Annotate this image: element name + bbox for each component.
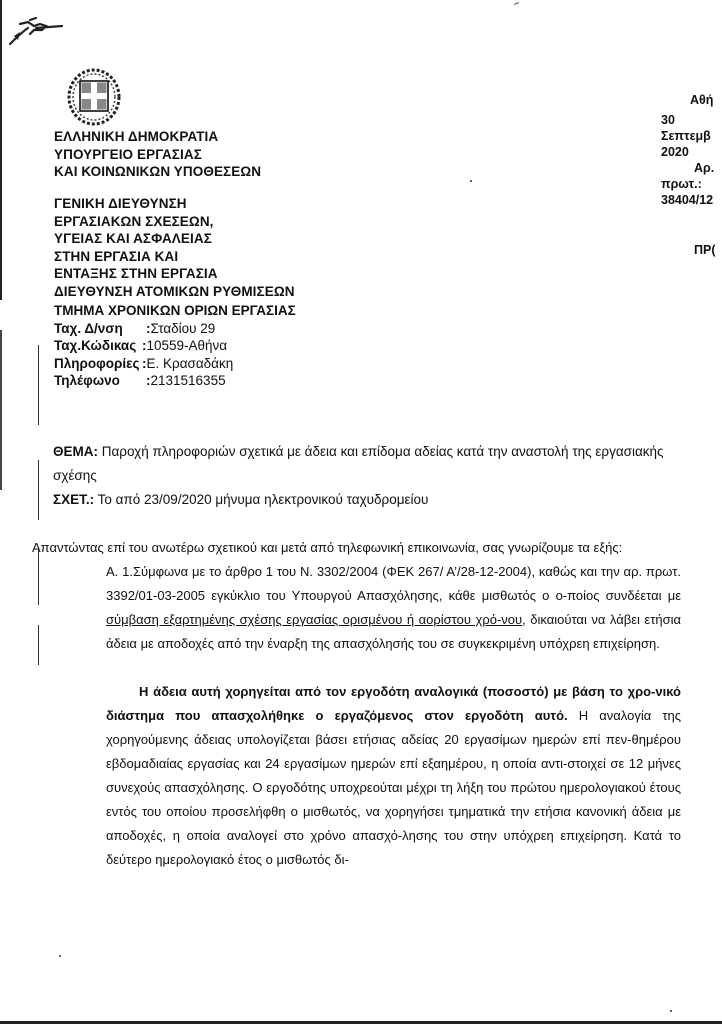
margin-mark-line bbox=[38, 345, 39, 425]
contact-row-info: Πληροφορίες:Ε. Κρασαδάκη bbox=[54, 355, 296, 373]
contact-row-postcode: Ταχ.Κώδικας:10559-Αθήνα bbox=[54, 337, 296, 355]
contact-value: Ε. Κρασαδάκη bbox=[147, 356, 234, 371]
greek-coat-of-arms-icon bbox=[67, 68, 121, 126]
contact-block: ΤΜΗΜΑ ΧΡΟΝΙΚΩΝ ΟΡΙΩΝ ΕΡΓΑΣΙΑΣ Ταχ. Δ/νση… bbox=[54, 302, 296, 390]
scan-speck bbox=[470, 180, 472, 182]
ministry-header: ΕΛΛΗΝΙΚΗ ΔΗΜΟΚΡΑΤΙΑ ΥΠΟΥΡΓΕΙΟ ΕΡΓΑΣΙΑΣ Κ… bbox=[54, 128, 261, 181]
document-page: ΕΛΛΗΝΙΚΗ ΔΗΜΟΚΡΑΤΙΑ ΥΠΟΥΡΓΕΙΟ ΕΡΓΑΣΙΑΣ Κ… bbox=[0, 0, 722, 1024]
contact-value: 10559-Αθήνα bbox=[147, 338, 228, 353]
scan-speck bbox=[670, 1010, 672, 1012]
contact-row-phone: Τηλέφωνο:2131516355 bbox=[54, 372, 296, 390]
org-line: ΥΠΟΥΡΓΕΙΟ ΕΡΓΑΣΙΑΣ bbox=[54, 146, 261, 164]
intro-paragraph: Απαντώντας επί του ανωτέρω σχετικού και … bbox=[32, 536, 722, 560]
subject-line: ΘΕΜΑ: Παροχή πληροφοριών σχετικά με άδει… bbox=[53, 440, 713, 464]
underlined-phrase: σύμβαση εξαρτημένης σχέσης εργασίας ορισ… bbox=[106, 612, 522, 627]
directorate-header: ΓΕΝΙΚΗ ΔΙΕΥΘΥΝΣΗ ΕΡΓΑΣΙΑΚΩΝ ΣΧΕΣΕΩΝ, ΥΓΕ… bbox=[54, 195, 295, 300]
date-month: Σεπτεμβ bbox=[661, 128, 711, 144]
subject-line: σχέσης bbox=[53, 464, 713, 488]
margin-mark-line bbox=[38, 460, 39, 520]
protocol-label: πρωτ.: bbox=[661, 176, 702, 192]
recipient-label: ΠΡ( bbox=[694, 242, 716, 258]
scan-edge-shadow bbox=[0, 330, 2, 490]
date-year: 2020 bbox=[661, 144, 689, 160]
subject-block: ΘΕΜΑ: Παροχή πληροφοριών σχετικά με άδει… bbox=[53, 440, 713, 512]
handwritten-signature-mark-icon bbox=[6, 12, 64, 48]
subject-label: ΘΕΜΑ: bbox=[53, 444, 98, 459]
margin-mark-line bbox=[38, 625, 39, 665]
scan-edge-shadow bbox=[0, 0, 2, 300]
org-line: ΕΛΛΗΝΙΚΗ ΔΗΜΟΚΡΑΤΙΑ bbox=[54, 128, 261, 146]
subject-text: Παροχή πληροφοριών σχετικά με άδεια και … bbox=[98, 444, 664, 459]
contact-label: Ταχ.Κώδικας bbox=[54, 337, 142, 355]
directorate-line: ΕΝΤΑΞΗΣ ΣΤΗΝ ΕΡΓΑΣΙΑ bbox=[54, 265, 295, 283]
department-name: ΤΜΗΜΑ ΧΡΟΝΙΚΩΝ ΟΡΙΩΝ ΕΡΓΑΣΙΑΣ bbox=[54, 302, 296, 320]
contact-row-address: Ταχ. Δ/νση:Σταδίου 29 bbox=[54, 320, 296, 338]
directorate-line: ΕΡΓΑΣΙΑΚΩΝ ΣΧΕΣΕΩΝ, bbox=[54, 213, 295, 231]
directorate-line: ΥΓΕΙΑΣ ΚΑΙ ΑΣΦΑΛΕΙΑΣ bbox=[54, 230, 295, 248]
protocol-label: Αρ. bbox=[694, 160, 714, 176]
contact-value: 2131516355 bbox=[151, 373, 226, 388]
reference-line: ΣΧΕΤ.: Το από 23/09/2020 μήνυμα ηλεκτρον… bbox=[53, 488, 713, 512]
paragraph-b: Η άδεια αυτή χορηγείται από τον εργοδότη… bbox=[106, 680, 681, 872]
paragraph-a: Α. 1.Σύμφωνα με το άρθρο 1 του Ν. 3302/2… bbox=[106, 560, 681, 656]
contact-value: Σταδίου 29 bbox=[151, 321, 216, 336]
protocol-number: 38404/12 bbox=[661, 192, 713, 208]
date-day: 30 bbox=[661, 112, 675, 128]
directorate-line: ΔΙΕΥΘΥΝΣΗ ΑΤΟΜΙΚΩΝ ΡΥΘΜΙΣΕΩΝ bbox=[54, 283, 295, 301]
place-label: Αθή bbox=[690, 92, 713, 108]
scan-speck bbox=[514, 2, 519, 5]
reference-text: Το από 23/09/2020 μήνυμα ηλεκτρονικού τα… bbox=[94, 492, 428, 507]
contact-label: Ταχ. Δ/νση bbox=[54, 320, 146, 338]
directorate-line: ΣΤΗΝ ΕΡΓΑΣΙΑ ΚΑΙ bbox=[54, 248, 295, 266]
contact-label: Τηλέφωνο bbox=[54, 372, 146, 390]
org-line: ΚΑΙ ΚΟΙΝΩΝΙΚΩΝ ΥΠΟΘΕΣΕΩΝ bbox=[54, 163, 261, 181]
reference-label: ΣΧΕΤ.: bbox=[53, 492, 94, 507]
directorate-line: ΓΕΝΙΚΗ ΔΙΕΥΘΥΝΣΗ bbox=[54, 195, 295, 213]
contact-label: Πληροφορίες bbox=[54, 355, 142, 373]
scan-speck bbox=[59, 955, 61, 957]
